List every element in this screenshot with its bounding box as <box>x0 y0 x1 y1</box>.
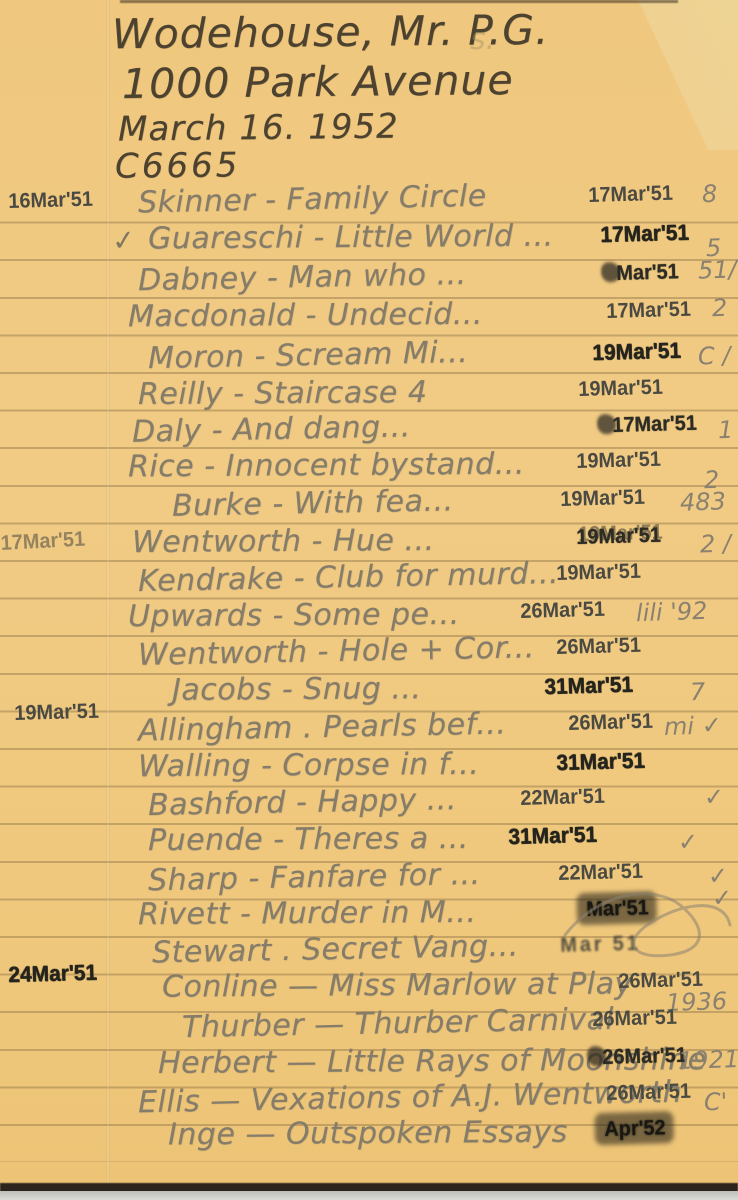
entry-note: ✓ <box>712 884 733 913</box>
entry-row: Thurber — Thurber Carnival26Mar'51 <box>0 1006 738 1044</box>
entry-row: Wentworth - Hue ...19Mar'512 / <box>0 524 738 562</box>
entry-note: ✓ <box>678 828 699 857</box>
entry-row: Wentworth - Hole + Cor...26Mar'51 <box>0 634 738 672</box>
entry-note: 483 <box>680 487 727 517</box>
entry-row: Moron - Scream Mi...19Mar'51C / <box>0 338 738 376</box>
scanner-background-strip <box>0 1191 738 1200</box>
date-stamp: 26Mar'51 <box>556 634 641 660</box>
header-ghost-mark: s. <box>470 22 495 57</box>
date-stamp: 22Mar'51 <box>520 785 605 811</box>
entry-note: 2 / <box>700 529 732 558</box>
header-account-number: C6665 <box>115 145 241 186</box>
entry-note: C' <box>704 1088 728 1117</box>
date-stamp: 19Mar'51 <box>560 486 645 512</box>
entry-note: 51/ <box>698 255 738 284</box>
entry-text: Allingham . Pearls bef... <box>138 706 507 748</box>
entry-row: Rivett - Murder in M...Mar'51✓ <box>0 896 738 934</box>
entry-text: Guareschi - Little World ... <box>148 219 554 257</box>
scan-top-edge <box>120 0 678 3</box>
entry-row: Inge — Outspoken EssaysApr'52 <box>0 1116 738 1154</box>
entry-text: Bashford - Happy ... <box>148 782 457 823</box>
date-stamp: 19Mar'51 <box>556 560 641 586</box>
entry-row: Jacobs - Snug ...31Mar'517 <box>0 672 738 710</box>
entry-text: Wentworth - Hole + Cor... <box>138 630 535 673</box>
corner-highlight <box>628 0 738 150</box>
date-stamp: Mar'51 <box>586 896 649 922</box>
entry-row: Macdonald - Undecid...17Mar'512 <box>0 298 738 336</box>
date-stamp: 26Mar'51 <box>606 1080 691 1106</box>
entry-text: Walling - Corpse in f... <box>138 747 479 784</box>
left-date-stamp: 16Mar'51 <box>8 188 93 214</box>
left-date-stamp: 24Mar'51 <box>8 960 97 988</box>
entry-note: 2 <box>712 294 728 323</box>
date-stamp: 26Mar'51 <box>568 710 653 736</box>
entry-row: Walling - Corpse in f...31Mar'51 <box>0 748 738 786</box>
date-stamp: 19Mar'51 <box>578 376 663 402</box>
entry-text: Puende - Theres a ... <box>148 821 469 858</box>
entry-text: Moron - Scream Mi... <box>148 335 469 376</box>
entry-row: Reilly - Staircase 419Mar'51 <box>0 376 738 414</box>
entry-text: Burke - With fea... <box>172 483 454 523</box>
entry-text: Jacobs - Snug ... <box>172 671 422 708</box>
entry-note: 8 <box>702 180 718 209</box>
entry-text: Reilly - Staircase 4 <box>138 375 428 412</box>
entry-text: Macdonald - Undecid... <box>128 297 483 334</box>
date-stamp: 17Mar'51 <box>588 182 673 208</box>
left-date-stamp: 19Mar'51 <box>14 700 99 726</box>
entry-row: Bashford - Happy ...22Mar'51✓ <box>0 785 738 823</box>
entry-text: Sharp - Fanfare for ... <box>148 857 481 898</box>
entry-text: Upwards - Some pe... <box>128 597 460 634</box>
library-card: Wodehouse, Mr. P.G. s. 1000 Park Avenue … <box>0 0 738 1200</box>
date-stamp: 19Mar'51 <box>576 448 661 474</box>
entry-row: Puende - Theres a ...31Mar'51✓ <box>0 822 738 860</box>
date-stamp: 19Mar'51 <box>576 524 661 550</box>
date-stamp: 19Mar'51 <box>592 338 681 366</box>
entry-row: Stewart . Secret Vang...Mar 51 <box>0 932 738 970</box>
entry-text: Inge — Outspoken Essays <box>168 1115 568 1153</box>
entry-note: lili '92 <box>636 597 708 627</box>
date-stamp: 26Mar'51 <box>592 1006 677 1032</box>
date-stamp: 17Mar'51 <box>600 220 689 248</box>
left-date-stamp: 17Mar'51 <box>0 528 86 556</box>
date-stamp: 31Mar'51 <box>544 672 633 700</box>
entry-row: Kendrake - Club for murd...19Mar'51 <box>0 560 738 598</box>
date-stamp: 22Mar'51 <box>558 860 643 886</box>
entry-note: 1921 <box>678 1045 738 1075</box>
entry-note: mi ✓ <box>664 711 723 741</box>
date-stamp: Mar 51 <box>560 932 641 958</box>
entry-note: 1 <box>718 416 734 445</box>
entry-row: Allingham . Pearls bef...26Mar'51mi ✓ <box>0 710 738 748</box>
entry-text: Daly - And dang... <box>132 409 411 449</box>
entry-text: Skinner - Family Circle <box>138 179 487 221</box>
entry-text: Rivett - Murder in M... <box>138 895 477 932</box>
entry-note: C / <box>698 341 731 370</box>
date-stamp: 26Mar'51 <box>520 598 605 624</box>
date-stamp: 31Mar'51 <box>556 748 645 776</box>
date-stamp: Mar'51 <box>616 260 679 286</box>
entry-row: Dabney - Man who ...Mar'5151/ <box>0 260 738 298</box>
entry-row: ✓Guareschi - Little World ...17Mar'515 <box>0 220 738 258</box>
entry-text: Conline — Miss Marlow at Play <box>162 966 633 1004</box>
date-stamp: 17Mar'51 <box>612 412 697 438</box>
entry-note: ✓ <box>704 783 725 812</box>
header-date: March 16. 1952 <box>118 107 399 150</box>
entry-text: Rice - Innocent bystand... <box>128 447 525 485</box>
entry-text: Kendrake - Club for murd... <box>138 556 560 599</box>
date-stamp: 17Mar'51 <box>606 298 691 324</box>
entry-checkmark: ✓ <box>110 223 137 258</box>
entry-row: Daly - And dang...17Mar'511 <box>0 412 738 450</box>
entry-note: 7 <box>690 678 706 707</box>
entry-row: Conline — Miss Marlow at Play26Mar'51193… <box>0 968 738 1006</box>
entry-text: Thurber — Thurber Carnival <box>182 1002 615 1045</box>
entry-text: Dabney - Man who ... <box>138 257 467 298</box>
entry-row: Skinner - Family Circle17Mar'518 <box>0 182 738 220</box>
date-stamp: 31Mar'51 <box>508 822 597 850</box>
date-stamp: Apr'52 <box>604 1116 666 1142</box>
entry-text: Wentworth - Hue ... <box>132 523 435 560</box>
entry-row: Burke - With fea...19Mar'51483 <box>0 486 738 524</box>
entry-text: Stewart . Secret Vang... <box>152 928 519 970</box>
date-stamp: 26Mar'51 <box>602 1044 687 1070</box>
header-address: 1000 Park Avenue <box>122 56 514 108</box>
entry-row: Rice - Innocent bystand...19Mar'512 <box>0 448 738 486</box>
entry-row: Upwards - Some pe...26Mar'51lili '92 <box>0 598 738 636</box>
